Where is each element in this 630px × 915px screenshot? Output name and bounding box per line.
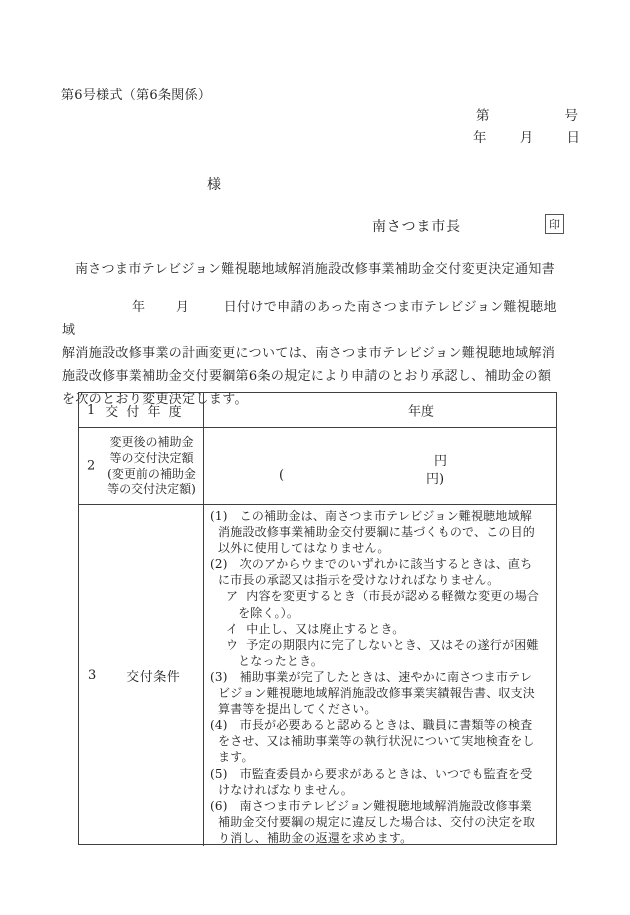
- row2-label: 変更後の補助金等の交付決定額(変更前の補助金等の交付決定額): [100, 428, 203, 498]
- row1-value-cell: 年度: [204, 393, 556, 428]
- condition-line: (6) 南さつま市テレビジョン難視聴地域解消施設改修事業: [210, 798, 554, 814]
- seal-box: 印: [545, 214, 564, 234]
- doc-number-suffix: 号: [565, 104, 579, 124]
- condition-line: (5) 市監査委員から要求があるときは、いつでも監査を受: [210, 766, 554, 782]
- fiscal-year-value: 年度: [408, 401, 434, 420]
- body-month-label: 月: [176, 300, 189, 315]
- row3-number: 3: [88, 668, 96, 683]
- body-line-1: 年 月 日付けで申請のあった南さつま市テレビジョン難視聴地域: [62, 296, 570, 342]
- condition-line: り消し、補助金の返還を求めます。: [210, 830, 554, 846]
- amount-after-unit: 円: [434, 450, 447, 469]
- date-year-label: 年: [473, 126, 487, 146]
- condition-line: ア 内容を変更するとき（市長が認める軽微な変更の場合: [210, 588, 554, 604]
- row2-number: 2: [87, 459, 95, 474]
- row3-header-cell: 3 交付条件: [79, 505, 204, 846]
- row2-label-line: 等の交付決定額): [100, 482, 203, 498]
- condition-line: 補助金交付要綱の規定に違反した場合は、交付の決定を取: [210, 814, 554, 830]
- row2-label-line: (変更前の補助金: [100, 467, 203, 483]
- row2-value-cell: 円 ( 円): [204, 428, 556, 505]
- seal-icon: 印: [549, 219, 560, 230]
- addressee-suffix: 様: [207, 174, 221, 194]
- date-day-label: 日: [567, 126, 581, 146]
- condition-line: をさせ、又は補助事業等の執行状況について実地検査をし: [210, 733, 554, 749]
- row1-number: 1: [87, 403, 95, 418]
- body-line-3: 施設改修事業補助金交付要綱第6条の規定により申請のとおり承認し、補助金の額: [62, 365, 570, 388]
- condition-line: を除く。）。: [210, 605, 554, 621]
- row1-header-cell: 1 交 付 年 度: [79, 393, 204, 428]
- page-title: 南さつま市テレビジョン難視聴地域解消施設改修事業補助金交付変更決定通知書: [0, 258, 630, 277]
- condition-line: (1) この補助金は、南さつま市テレビジョン難視聴地域解: [210, 508, 554, 524]
- issuer-name: 南さつま市長: [372, 216, 461, 236]
- condition-line: 算書等を提出してください。: [210, 701, 554, 717]
- condition-line: イ 中止し、又は廃止するとき。: [210, 621, 554, 637]
- condition-line: 消施設改修事業補助金交付要綱に基づくもので、この目的: [210, 524, 554, 540]
- document-page: 第6号様式（第6条関係） 第 号 年 月 日 様 南さつま市長 印 南さつま市テ…: [0, 0, 630, 915]
- condition-line: となったとき。: [210, 653, 554, 669]
- form-number-label: 第6号様式（第6条関係）: [61, 84, 211, 103]
- amount-before-unit: 円): [426, 468, 444, 487]
- condition-line: ビジョン難視聴地域解消施設改修事業実績報告書、収支決: [210, 685, 554, 701]
- amount-before-open-paren: (: [279, 468, 284, 483]
- condition-line: (3) 補助事業が完了したときは、速やかに南さつま市テレ: [210, 669, 554, 685]
- condition-line: 以外に使用してはなりません。: [210, 540, 554, 556]
- row2-label-line: 等の交付決定額: [100, 451, 203, 467]
- row3-conditions-cell: (1) この補助金は、南さつま市テレビジョン難視聴地域解 消施設改修事業補助金交…: [204, 505, 556, 846]
- body-line-2: 解消施設改修事業の計画変更については、南さつま市テレビジョン難視聴地域解消: [62, 342, 570, 365]
- body-year-label: 年: [132, 300, 145, 315]
- condition-line: (4) 市長が必要あると認めるときは、職員に書類等の検査: [210, 717, 554, 733]
- info-table: 1 交 付 年 度 年度 2 変更後の補助金等の交付決定額(変更前の補助金等の交…: [78, 392, 557, 845]
- condition-line: (2) 次のアからウまでのいずれかに該当するときは、直ち: [210, 556, 554, 572]
- condition-line: けなければなりません。: [210, 782, 554, 798]
- condition-line: に市長の承認又は指示を受けなければなりません。: [210, 572, 554, 588]
- date-month-label: 月: [520, 126, 534, 146]
- row2-header-cell: 2 変更後の補助金等の交付決定額(変更前の補助金等の交付決定額): [79, 428, 204, 505]
- row1-label: 交 付 年 度: [105, 401, 183, 420]
- row3-label: 交付条件: [126, 666, 180, 685]
- condition-line: ます。: [210, 749, 554, 765]
- document-number-line: 第 号: [476, 104, 578, 124]
- doc-number-prefix: 第: [476, 104, 490, 124]
- date-line: 年 月 日: [473, 126, 580, 146]
- condition-line: ウ 予定の期限内に完了しないとき、又はその遂行が困難: [210, 637, 554, 653]
- row2-label-line: 変更後の補助金: [100, 435, 203, 451]
